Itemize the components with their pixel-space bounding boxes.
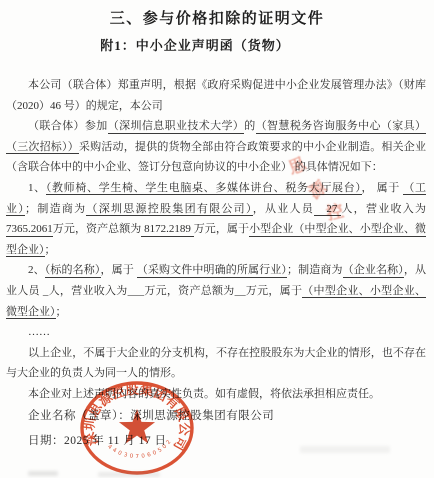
text-segment: ， 属于: [362, 182, 404, 194]
text-segment: （企业名称）: [343, 264, 404, 278]
text-segment: 人，营业收入为: [341, 203, 426, 215]
text-segment: ；: [45, 244, 56, 256]
paragraph-intro: 本公司（联合体）郑重声明，根据《政府采购促进中小企业发展管理办法》（财库（202…: [6, 75, 426, 116]
paragraph-join: （联合体）参加（深圳信息职业技术大学）的（智慧税务咨询服务中心（家具）（三次招标…: [6, 116, 426, 178]
text-segment: ……: [28, 326, 50, 338]
text-segment: ，属于: [101, 264, 137, 276]
text-segment: 的: [244, 120, 255, 132]
text-segment: （采购文件中明确的所属行业）: [137, 264, 287, 278]
text-segment: （联合体）参加: [28, 120, 108, 132]
paragraph-closing-branch: 以上企业，不属于大企业的分支机构，不存在控股股东为大企业的情形，也不存在与大企业…: [6, 343, 426, 384]
text-segment: 万元，属于: [194, 223, 249, 235]
text-segment: 2、: [28, 264, 45, 276]
text-segment: （标的名称）: [45, 264, 101, 278]
text-segment: ；制造商为: [287, 264, 343, 276]
text-segment: 8172.2189: [141, 223, 193, 237]
text-segment: 7365.2061: [6, 223, 53, 237]
seal-star: [119, 409, 155, 443]
text-segment: ；制造商为: [25, 203, 86, 215]
text-segment: 万元，资产总额为: [53, 223, 142, 235]
section-title: 三、参与价格扣除的证明文件: [0, 7, 434, 28]
attachment-title: 附1：中小企业声明函（货物）: [0, 35, 390, 54]
text-segment: ，从业人员: [253, 203, 314, 215]
company-seal: 深圳思源控股集团有限公司 4403070605023: [77, 381, 197, 478]
scan-smudge: [98, 472, 160, 477]
scan-smudge: [28, 471, 58, 476]
scanned-document-page: 三、参与价格扣除的证明文件 附1：中小企业声明函（货物） 本公司（联合体）郑重声…: [0, 0, 434, 478]
text-segment: （深圳思源控股集团有限公司）: [86, 203, 252, 217]
text-segment: （深圳信息职业技术大学）: [108, 120, 245, 134]
text-segment: 以上企业，不属于大企业的分支机构，不存在控股股东为大企业的情形，也不存在与大企业…: [6, 347, 426, 380]
scan-smudge: [300, 446, 390, 453]
text-segment: 本公司（联合体）郑重声明，根据《政府采购促进中小企业发展管理办法》（财库（202…: [6, 79, 426, 112]
paragraph-ellipsis: ……: [6, 322, 426, 343]
declaration-body: 本公司（联合体）郑重声明，根据《政府采购促进中小企业发展管理办法》（财库（202…: [6, 75, 426, 405]
text-segment: ；: [56, 306, 67, 318]
paragraph-item1: 1、（教师椅、学生椅、学生电脑桌、多媒体讲台、税务大厅展台）， 属于 （工业）；…: [6, 178, 426, 260]
paragraph-closing-responsibility: 本企业对上述声明内容的真实性负责。如有虚假，将依法承担相应责任。: [6, 384, 426, 405]
paragraph-item2: 2、（标的名称），属于 （采购文件中明确的所属行业）；制造商为（企业名称），从业…: [6, 260, 426, 322]
text-segment: 1、: [28, 182, 46, 194]
